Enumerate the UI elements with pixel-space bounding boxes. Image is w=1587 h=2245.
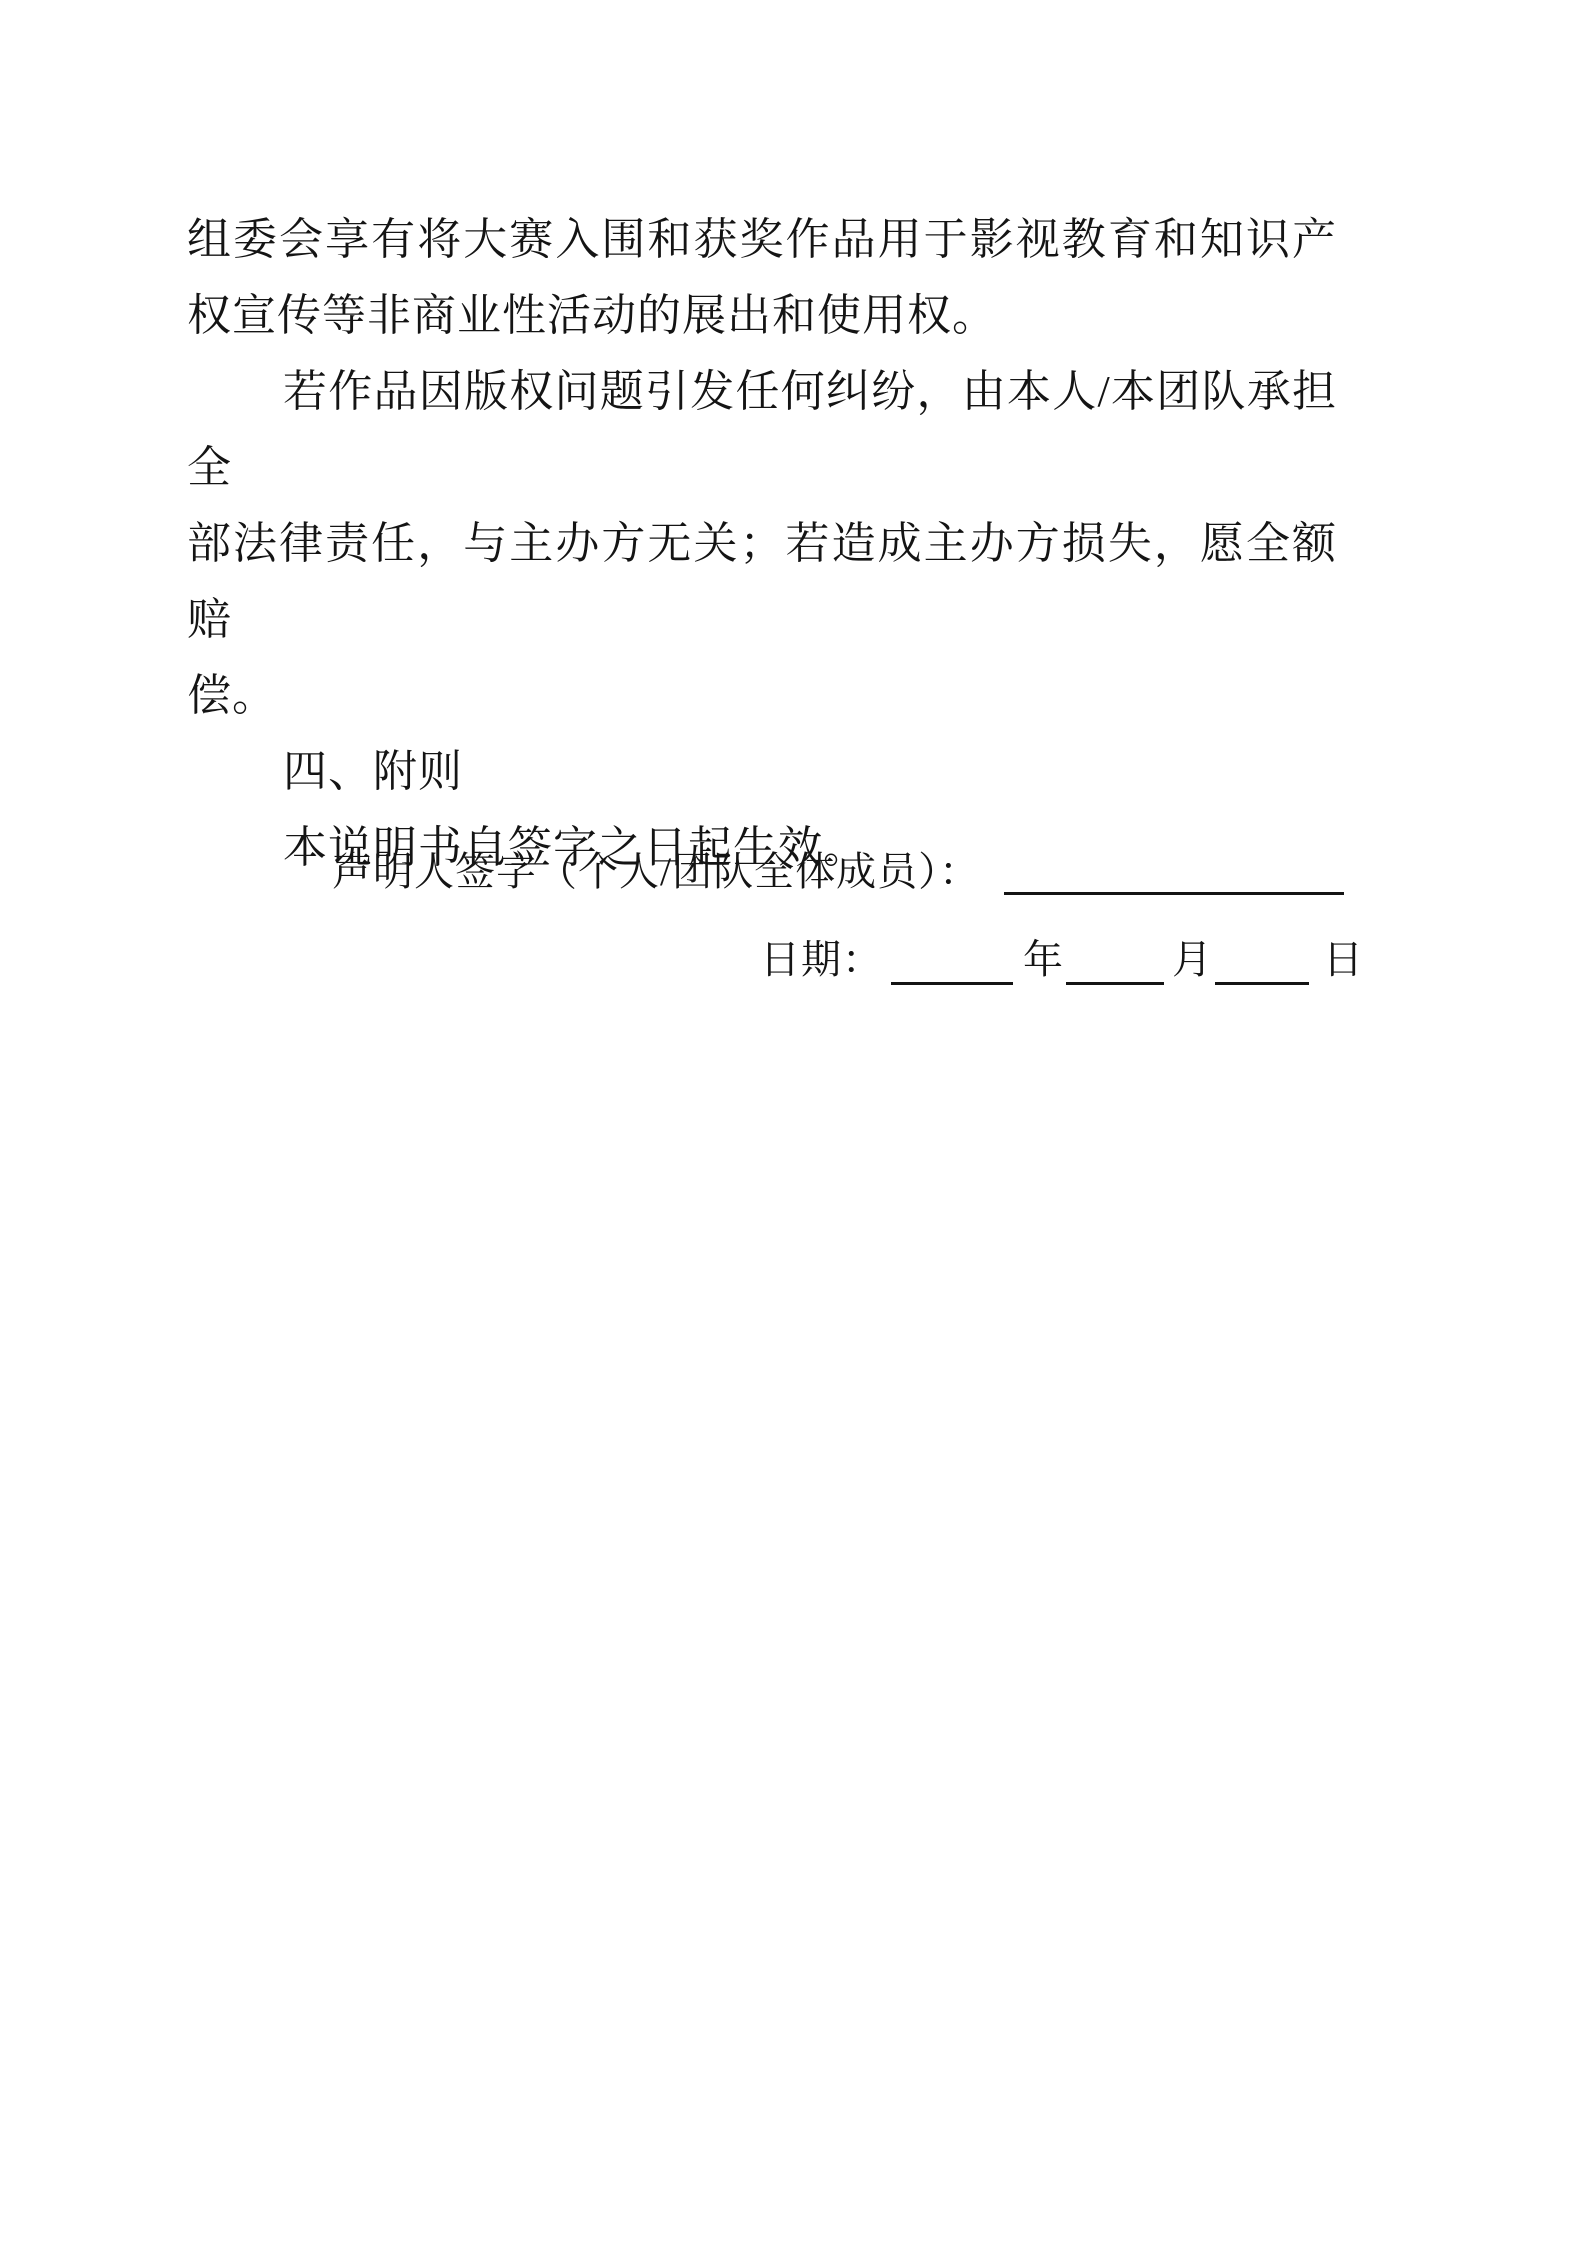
body-line: 四、附则 [187, 734, 1337, 810]
signature-label: 声明人签字（个人/团队全体成员）： [332, 849, 980, 894]
signature-blank-line [1004, 892, 1344, 895]
date-year-label: 年 [1023, 937, 1064, 982]
date-label: 日期： [760, 937, 883, 982]
body-line: 若作品因版权问题引发任何纠纷，由本人/本团队承担全 [187, 354, 1337, 506]
body-line: 部法律责任，与主办方无关；若造成主办方损失，愿全额赔 [187, 506, 1337, 658]
date-day-label: 日 [1323, 937, 1364, 982]
document-body: 组委会享有将大赛入围和获奖作品用于影视教育和知识产权宣传等非商业性活动的展出和使… [187, 202, 1337, 886]
body-line: 组委会享有将大赛入围和获奖作品用于影视教育和知识产 [187, 202, 1337, 278]
date-row: 日期：年月日 [760, 934, 1364, 986]
date-year-blank-line [891, 982, 1013, 985]
body-line: 权宣传等非商业性活动的展出和使用权。 [187, 278, 1337, 354]
date-month-blank-line [1066, 982, 1164, 985]
date-day-blank-line [1215, 982, 1309, 985]
date-month-label: 月 [1172, 937, 1213, 982]
document-page: 组委会享有将大赛入围和获奖作品用于影视教育和知识产权宣传等非商业性活动的展出和使… [0, 0, 1587, 2245]
signature-row: 声明人签字（个人/团队全体成员）： [332, 846, 1344, 898]
body-line: 偿。 [187, 658, 1337, 734]
